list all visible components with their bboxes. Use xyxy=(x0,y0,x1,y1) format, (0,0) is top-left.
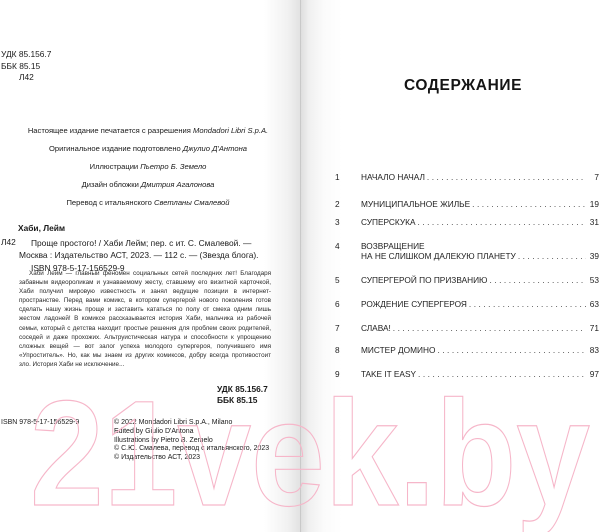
isbn-footer: ISBN 978-5-17-156529-9 xyxy=(1,419,79,426)
toc-item-page: 7 xyxy=(586,172,599,182)
toc-item-page: 71 xyxy=(586,323,599,333)
annotation-text: Хаби Лейм — главный феномен социальных с… xyxy=(19,269,271,369)
toc-item: 5СУПЕРГЕРОЙ ПО ПРИЗВАНИЮ53 xyxy=(335,275,599,287)
udk-code: УДК 85.156.7 xyxy=(1,49,51,61)
toc-leader-dots xyxy=(437,345,586,355)
toc-item-label: СУПЕРСКУКА xyxy=(361,217,417,227)
toc-item: 1НАЧАЛО НАЧАЛ7 xyxy=(335,172,599,184)
toc-item-page: 31 xyxy=(586,217,599,227)
toc-item-label: СУПЕРГЕРОЙ ПО ПРИЗВАНИЮ xyxy=(361,275,489,285)
toc-item-label: РОЖДЕНИЕ СУПЕРГЕРОЯ xyxy=(361,299,469,309)
toc-leader-dots xyxy=(417,217,586,227)
copyright-line: © Издательство АСТ, 2023 xyxy=(114,454,269,463)
bbk-code: ББК 85.15 xyxy=(1,61,51,73)
classification-block: УДК 85.156.7 ББК 85.15 Л42 xyxy=(1,49,51,84)
record-author: Хаби, Лейм xyxy=(18,223,65,233)
udk-code-bottom: УДК 85.156.7 xyxy=(217,384,268,395)
toc-leader-dots xyxy=(469,299,586,309)
toc-item-number: 5 xyxy=(335,275,345,285)
record-shelf-mark: Л42 xyxy=(1,237,16,247)
toc-item-label: TAKE IT EASY xyxy=(361,369,418,379)
toc-item: 7СЛАВА!71 xyxy=(335,323,599,335)
toc-item: 2МУНИЦИПАЛЬНОЕ ЖИЛЬЕ19 xyxy=(335,199,599,211)
toc-item-number: 2 xyxy=(335,199,345,209)
copyright-line: Edited by Giulio D'Antona xyxy=(114,428,269,437)
toc-item-page: 97 xyxy=(586,369,599,379)
toc-item: 4ВОЗВРАЩЕНИЕНА НЕ СЛИШКОМ ДАЛЕКУЮ ПЛАНЕТ… xyxy=(335,241,599,253)
credit-line: Настоящее издание печатается с разрешени… xyxy=(0,126,296,136)
toc-item-page: 53 xyxy=(586,275,599,285)
toc-item: 8МИСТЕР ДОМИНО83 xyxy=(335,345,599,357)
toc-item-label: НАЧАЛО НАЧАЛ xyxy=(361,172,427,182)
toc-item-page: 63 xyxy=(586,299,599,309)
toc-item: 9TAKE IT EASY97 xyxy=(335,369,599,381)
toc-item-number: 8 xyxy=(335,345,345,355)
author-mark: Л42 xyxy=(1,72,51,84)
toc-item-page: 19 xyxy=(586,199,599,209)
toc-item-number: 7 xyxy=(335,323,345,333)
toc-leader-dots xyxy=(489,275,586,285)
copyright-line: © С.Ю. Смалева, перевод с итальянского, … xyxy=(114,445,269,454)
toc-item-number: 1 xyxy=(335,172,345,182)
credit-line: Иллюстрации Пьетро Б. Земело xyxy=(0,162,296,172)
toc-item-number: 9 xyxy=(335,369,345,379)
toc-leader-dots xyxy=(518,251,586,261)
credit-line: Дизайн обложки Дмитрия Агалонова xyxy=(0,180,296,190)
toc-item-label: МУНИЦИПАЛЬНОЕ ЖИЛЬЕ xyxy=(361,199,472,209)
left-page: УДК 85.156.7 ББК 85.15 Л42 Настоящее изд… xyxy=(0,0,300,532)
book-gutter xyxy=(300,0,301,532)
credit-line: Перевод с итальянского Светланы Смалевой xyxy=(0,198,296,208)
toc-item-label: ВОЗВРАЩЕНИЕ xyxy=(361,241,599,251)
toc-item-page: 83 xyxy=(586,345,599,355)
bottom-classification: УДК 85.156.7 ББК 85.15 xyxy=(217,384,268,406)
toc-title: СОДЕРЖАНИЕ xyxy=(404,77,522,95)
toc-leader-dots xyxy=(472,199,586,209)
copyright-line: © 2022 Mondadori Libri S.p.A., Milano xyxy=(114,419,269,428)
credit-line: Оригинальное издание подготовлено Джулио… xyxy=(0,144,296,154)
toc-leader-dots xyxy=(418,369,586,379)
copyright-block: © 2022 Mondadori Libri S.p.A., Milano Ed… xyxy=(114,419,269,463)
toc-item-label: СЛАВА! xyxy=(361,323,393,333)
toc-item-page: 39 xyxy=(586,251,599,261)
toc-item: 6РОЖДЕНИЕ СУПЕРГЕРОЯ63 xyxy=(335,299,599,311)
toc-item: 3СУПЕРСКУКА31 xyxy=(335,217,599,229)
toc-leader-dots xyxy=(393,323,586,333)
record-title: Проще простого! / Хаби Лейм; пер. с ит. … xyxy=(31,237,281,261)
toc-item-number: 4 xyxy=(335,241,345,251)
toc-leader-dots xyxy=(427,172,586,182)
bbk-code-bottom: ББК 85.15 xyxy=(217,395,268,406)
toc-item-label: МИСТЕР ДОМИНО xyxy=(361,345,437,355)
toc-item-number: 6 xyxy=(335,299,345,309)
toc-item-label: НА НЕ СЛИШКОМ ДАЛЕКУЮ ПЛАНЕТУ xyxy=(361,251,518,261)
toc-item-number: 3 xyxy=(335,217,345,227)
